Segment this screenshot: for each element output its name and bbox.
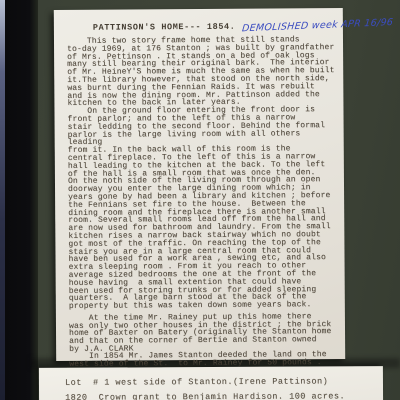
paragraph-neighbourhood: At the time Mr. Rainey put up this home … [69,313,339,354]
left-shadow-band [5,0,38,400]
label-slip: Lot # 1 west side of Stanton.(Irene Patt… [39,366,383,400]
slip-grant-line: 1820 Crown grant to Benjamin Hardison. 1… [65,389,383,400]
document-title: PATTINSON'S HOME--- 1854. [93,22,236,33]
document-title-row: PATTINSON'S HOME--- 1854. DEMOLISHED wee… [67,15,337,35]
slip-lot-line: Lot # 1 west side of Stanton.(Irene Patt… [65,374,383,391]
paragraph-floorplan: On the ground floor entering the front d… [67,106,338,311]
typed-document-page: PATTINSON'S HOME--- 1854. DEMOLISHED wee… [54,8,345,361]
paragraph-house-description: This two story frame home that still sta… [67,36,337,108]
archival-photo: PATTINSON'S HOME--- 1854. DEMOLISHED wee… [0,0,400,400]
handwritten-annotation: DEMOLISHED week APR 16/96 [241,17,393,34]
